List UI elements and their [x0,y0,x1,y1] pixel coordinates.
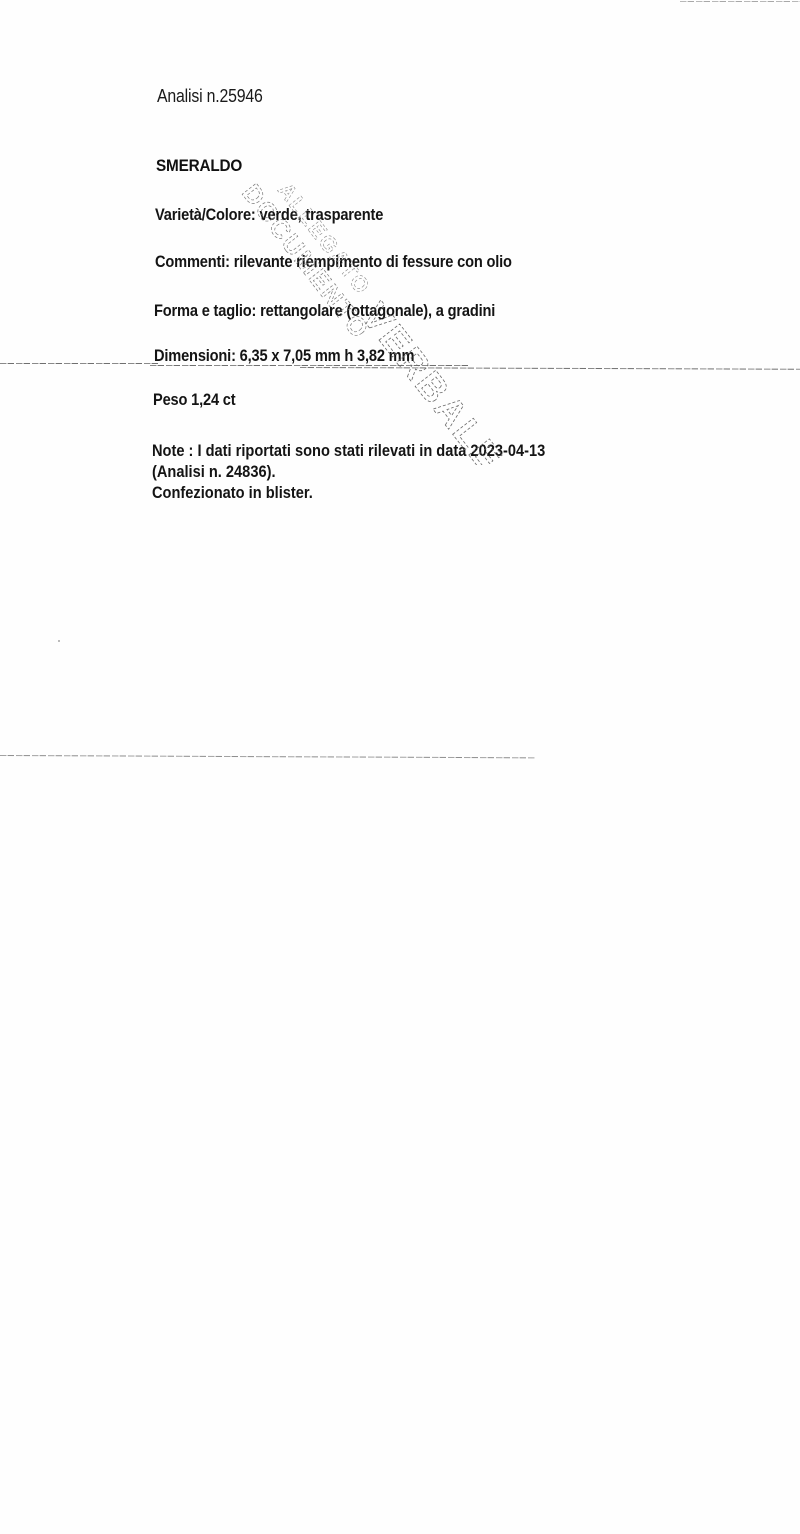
scan-artifact-line [680,1,800,2]
variety-color-field: Varietà/Colore: verde, trasparente [155,205,383,225]
note-line: (Analisi n. 24836). [152,461,545,482]
note-line: Note : I dati riportati sono stati rilev… [152,440,545,461]
note-block: Note : I dati riportati sono stati rilev… [152,440,545,503]
note-line: Confezionato in blister. [152,482,545,503]
comments-field: Commenti: rilevante riempimento di fessu… [155,252,512,272]
scan-artifact-line [0,755,535,758]
scan-artifact-line [150,365,470,366]
dimensions-field: Dimensioni: 6,35 x 7,05 mm h 3,82 mm [154,346,414,366]
stone-name-heading: SMERALDO [156,156,242,176]
scan-artifact-line [300,367,800,370]
scanned-document-page: Analisi n.25946 SMERALDO Varietà/Colore:… [0,0,800,1534]
scan-speck [58,640,60,642]
shape-cut-field: Forma e taglio: rettangolare (ottagonale… [154,301,495,321]
analysis-number: Analisi n.25946 [157,86,263,107]
svg-text:ALLEGATO: ALLEGATO [273,178,376,300]
weight-field: Peso 1,24 ct [153,390,235,410]
scan-artifact-line [0,363,160,364]
